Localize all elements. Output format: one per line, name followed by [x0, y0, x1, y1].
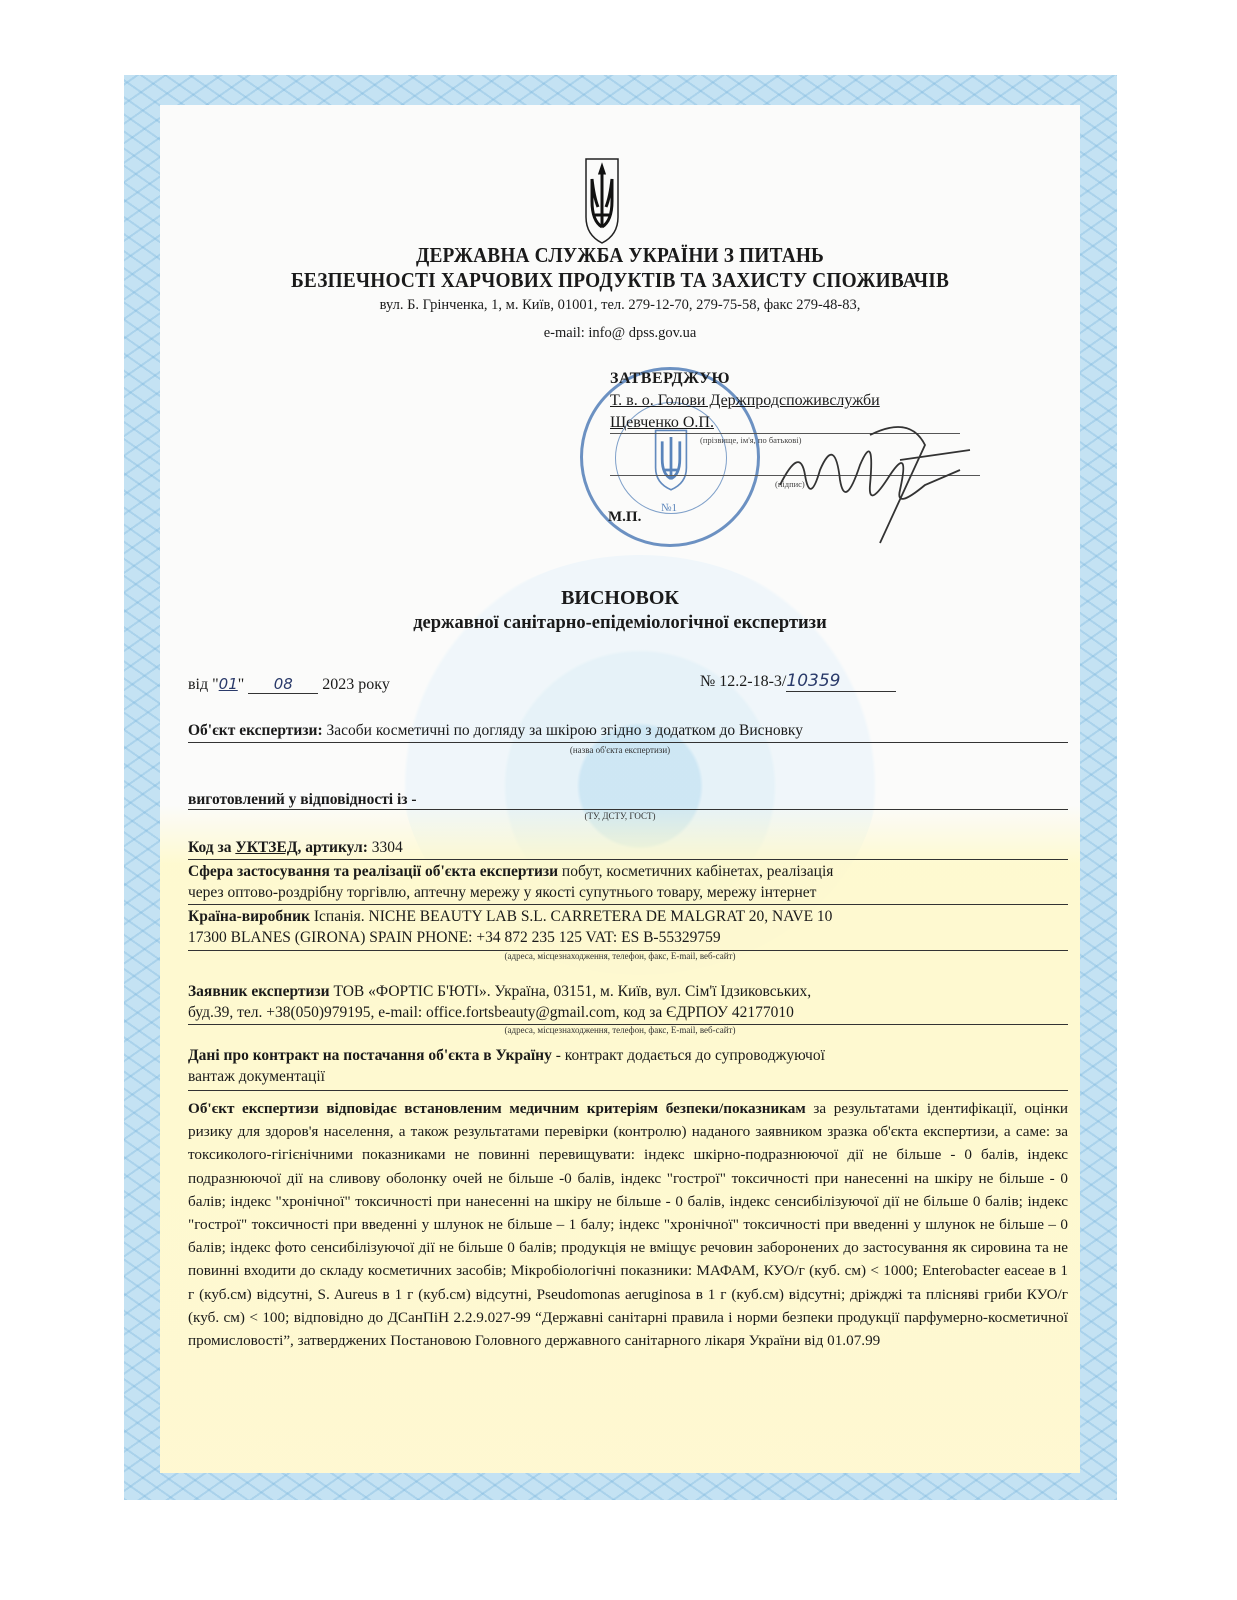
applicant-caption: (адреса, місцезнаходження, телефон, факс…: [160, 1025, 1080, 1035]
code-value: 3304: [372, 839, 403, 856]
produced-caption: (ТУ, ДСТУ, ГОСТ): [160, 811, 1080, 821]
field-contract: Дані про контракт на постачання об'єкта …: [188, 1045, 1068, 1087]
seal-label: М.П.: [608, 509, 641, 526]
org-name-line1: ДЕРЖАВНА СЛУЖБА УКРАЇНИ З ПИТАНЬ: [197, 243, 1043, 268]
date-month: 08: [248, 675, 318, 694]
stamp-trident-icon: [643, 426, 699, 492]
approver-position: Т. в. о. Голови Держпродспоживслужби: [610, 392, 880, 410]
object-value: Засоби косметичні по догляду за шкірою з…: [327, 722, 803, 739]
approver-name: Щевченко О.П.: [610, 414, 714, 432]
trident-coat-of-arms-icon: [584, 157, 620, 245]
approval-title: ЗАТВЕРДЖУЮ: [610, 370, 730, 388]
handwritten-signature: [760, 415, 980, 545]
document-subtitle: державної санітарно-епідеміологічної екс…: [160, 613, 1080, 634]
field-applicant: Заявник експертизи ТОВ «ФОРТІС Б'ЮТІ». У…: [188, 981, 1068, 1023]
field-produced: виготовлений у відповідності із -: [188, 789, 1068, 810]
document-title: ВИСНОВОК: [160, 587, 1080, 610]
stamp-number: №1: [661, 502, 677, 514]
field-scope: Сфера застосування та реалізації об'єкта…: [188, 861, 1068, 903]
country-caption: (адреса, місцезнаходження, телефон, факс…: [160, 951, 1080, 961]
date-day: 01: [219, 675, 238, 693]
org-email: e-mail: info@ dpss.gov.ua: [160, 325, 1080, 342]
field-code: Код за УКТЗЕД, артикул: 3304: [188, 837, 1068, 858]
field-country: Країна-виробник Іспанія. NICHE BEAUTY LA…: [188, 906, 1068, 948]
document-number: № 12.2-18-3/10359: [700, 671, 896, 692]
date-year: 2023 року: [322, 676, 390, 693]
certificate-page: ДЕРЖАВНА СЛУЖБА УКРАЇНИ З ПИТАНЬ БЕЗПЕЧН…: [160, 105, 1080, 1473]
object-caption: (назва об'єкта експертизи): [160, 745, 1080, 755]
document-date: від "01" 08 2023 року: [188, 675, 390, 694]
conclusion-paragraph: Об'єкт експертизи відповідає встановлени…: [188, 1097, 1068, 1352]
field-object: Об'єкт експертизи: Засоби косметичні по …: [188, 720, 1068, 741]
approval-block: ЗАТВЕРДЖУЮ Т. в. о. Голови Держпродспожи…: [610, 370, 730, 388]
number-value: 10359: [786, 671, 896, 692]
org-address: вул. Б. Грінченка, 1, м. Київ, 01001, те…: [160, 297, 1080, 314]
org-name-line2: БЕЗПЕЧНОСТІ ХАРЧОВИХ ПРОДУКТІВ ТА ЗАХИСТ…: [197, 268, 1043, 293]
